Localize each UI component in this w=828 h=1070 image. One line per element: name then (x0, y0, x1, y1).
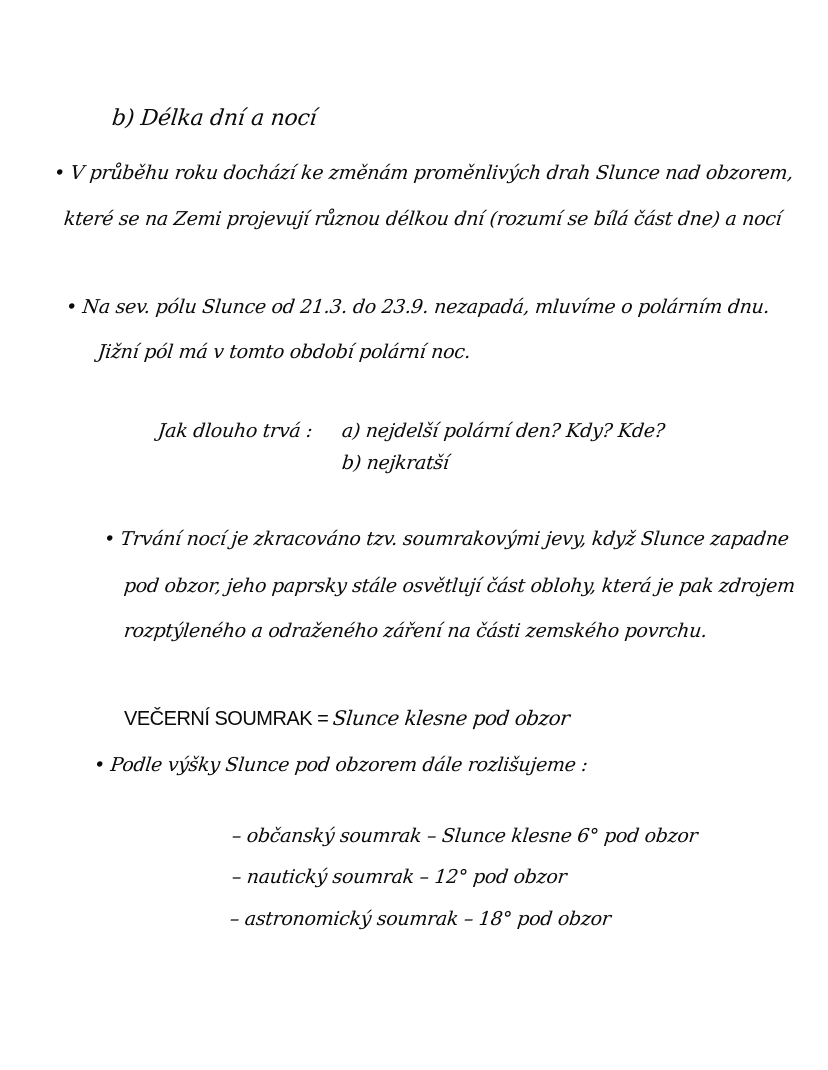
paragraph-2-line-2: Jižní pól má v tomto období polární noc. (97, 341, 472, 363)
definition: VEČERNÍ SOUMRAK = Slunce klesne pod obzo… (124, 706, 570, 731)
question-option-b: b) nejkratší (341, 452, 450, 474)
twilight-type-civil: – občanský soumrak – Slunce klesne 6° po… (231, 825, 699, 847)
paragraph-3-line-2: pod obzor, jeho paprsky stále osvětlují … (123, 575, 796, 597)
paragraph-3-line-1: • Trvání nocí je zkracováno tzv. soumrak… (103, 528, 790, 550)
paragraph-3-line-3: rozptýleného a odraženého záření na část… (123, 620, 708, 642)
question-option-a: a) nejdelší polární den? Kdy? Kde? (341, 420, 666, 442)
paragraph-1-line-2: které se na Zemi projevují různou délkou… (63, 208, 783, 230)
definition-term: VEČERNÍ SOUMRAK (124, 708, 312, 730)
paragraph-1-line-1: • V průběhu roku dochází ke změnám promě… (53, 162, 794, 184)
definition-meaning: Slunce klesne pod obzor (332, 706, 571, 730)
section-heading: b) Délka dní a nocí (111, 106, 318, 131)
paragraph-2-line-1: • Na sev. pólu Slunce od 21.3. do 23.9. … (65, 296, 771, 318)
question-prefix: Jak dlouho trvá : (157, 420, 314, 442)
twilight-type-nautical: – nautický soumrak – 12° pod obzor (231, 866, 568, 888)
definition-equals: = (317, 708, 328, 730)
twilight-type-astronomical: – astronomický soumrak – 18° pod obzor (229, 908, 612, 930)
paragraph-4-line-1: • Podle výšky Slunce pod obzorem dále ro… (93, 754, 589, 776)
